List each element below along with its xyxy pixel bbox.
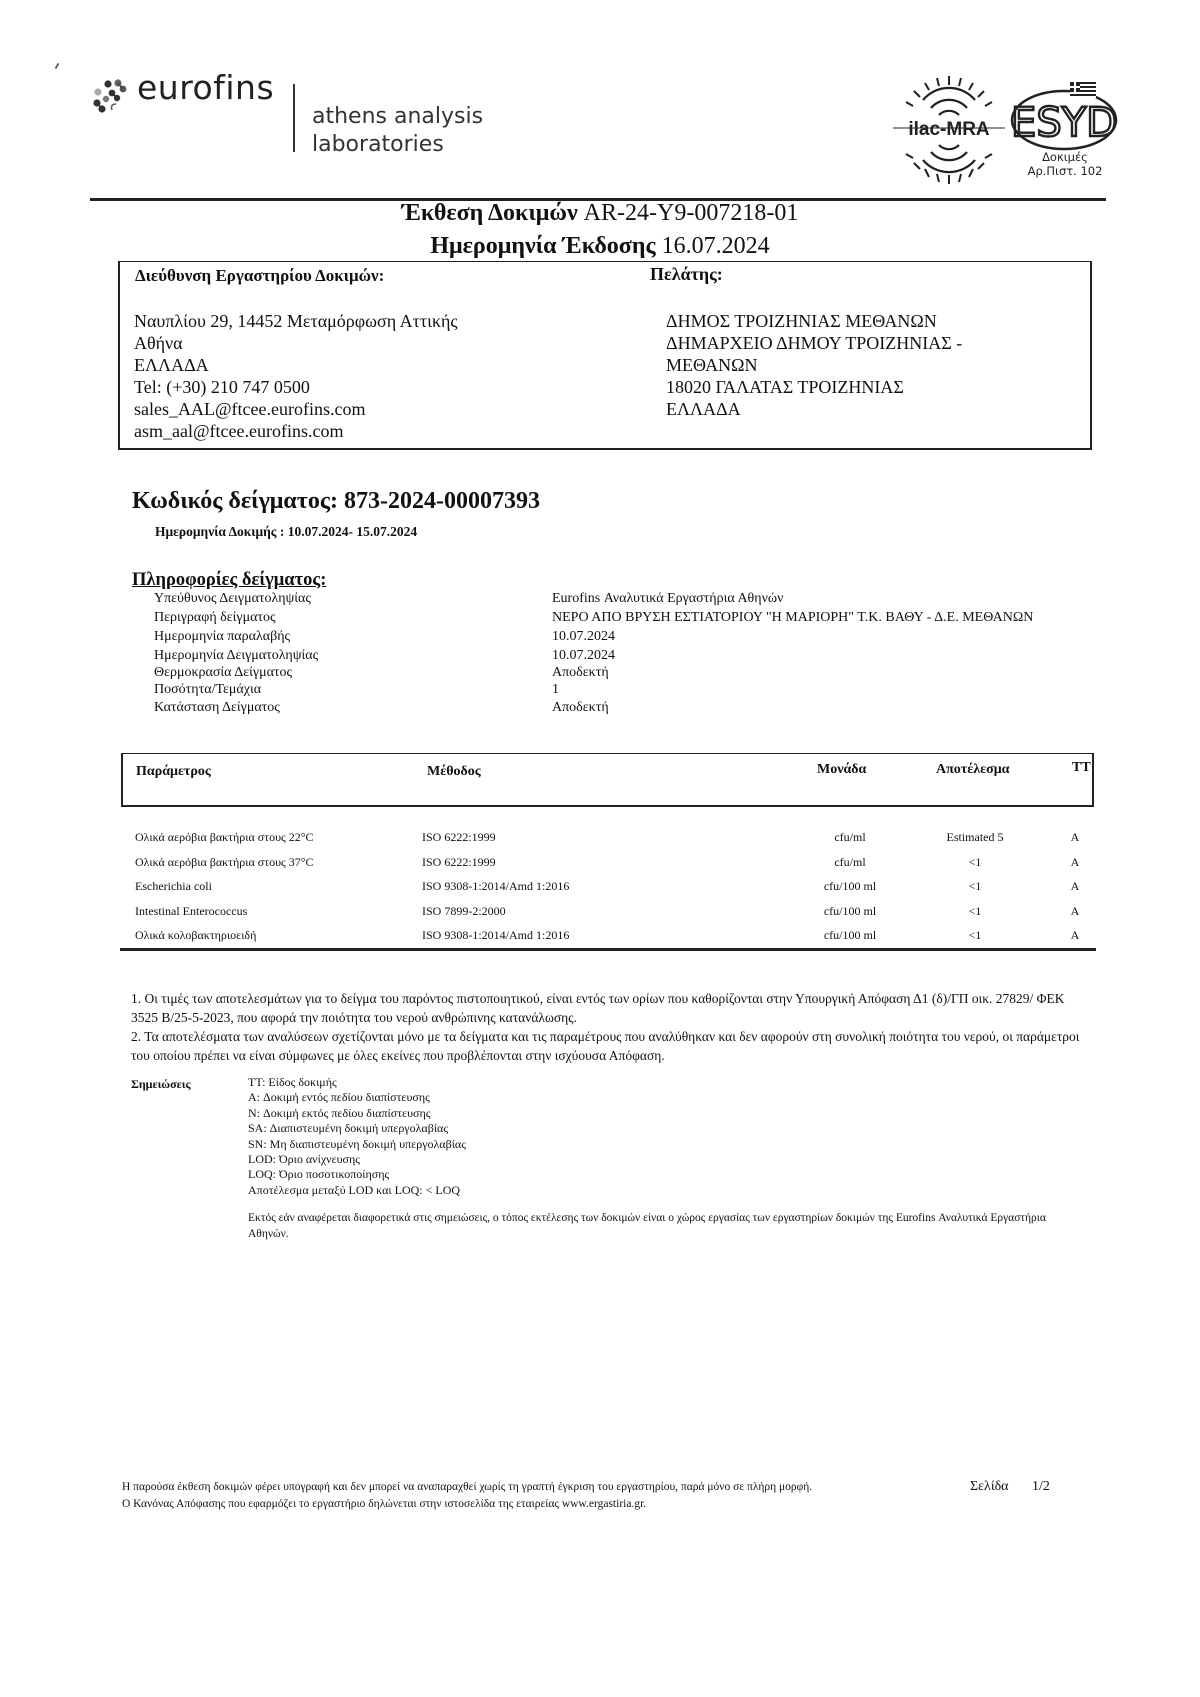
lab-address: Ναυπλίου 29, 14452 Μεταμόρφωση Αττικής Α… [134, 310, 458, 442]
remark-item: LOD: Όριο ανίχνευσης [248, 1152, 466, 1167]
sample-info-label: Ποσότητα/Τεμάχια [154, 681, 318, 698]
issue-date: Ημερομηνία Έκδοσης 16.07.2024 [0, 233, 1200, 260]
test-date: Ημερομηνία Δοκιμής : 10.07.2024- 15.07.2… [155, 524, 417, 540]
logo-divider [293, 84, 295, 152]
remarks-list: TT: Είδος δοκιμής A: Δοκιμή εντός πεδίου… [248, 1075, 466, 1198]
test-date-value: 10.07.2024- 15.07.2024 [288, 524, 417, 539]
column-header-tt: TT [1072, 760, 1091, 776]
brand-subtitle-line-1: athens analysis [312, 103, 483, 131]
sample-info-value: Αποδεκτή [552, 665, 1033, 681]
lab-address-heading: Διεύθυνση Εργαστηρίου Δοκιμών: [135, 266, 384, 286]
sample-info-label: Ημερομηνία Δειγματοληψίας [154, 646, 318, 665]
cell-unit: cfu/ml [790, 825, 910, 850]
remark-item: Αποτέλεσμα μεταξύ LOD και LOQ: < LOQ [248, 1183, 466, 1198]
lab-phone: Tel: (+30) 210 747 0500 [134, 376, 458, 398]
page-number: 1/2 [1032, 1479, 1050, 1495]
cell-result: <1 [915, 850, 1035, 875]
footer-text: Η παρούσα έκθεση δοκιμών φέρει υπογραφή … [122, 1479, 812, 1513]
cell-unit: cfu/100 ml [790, 874, 910, 899]
table-row: Ολικά αερόβια βακτήρια στους 22°CISO 622… [0, 825, 1200, 850]
footer-line-1: Η παρούσα έκθεση δοκιμών φέρει υπογραφή … [122, 1479, 812, 1496]
client-address-line: ΕΛΛΑΔΑ [666, 398, 962, 420]
client-address-line: 18020 ΓΑΛΑΤΑΣ ΤΡΟΙΖΗΝΙΑΣ [666, 376, 962, 398]
eurofins-logo-icon [90, 78, 130, 114]
cell-result: <1 [915, 899, 1035, 924]
ilac-label: ilac-MRA [908, 119, 990, 140]
column-header-method: Μέθοδος [427, 764, 481, 780]
cell-result: <1 [915, 923, 1035, 948]
remark-item: A: Δοκιμή εντός πεδίου διαπίστευσης [248, 1090, 466, 1105]
sample-code: Κωδικός δείγματος: 873-2024-00007393 [132, 488, 540, 515]
table-row: Ολικά αερόβια βακτήρια στους 37°CISO 622… [0, 850, 1200, 875]
sample-info-value: 1 [552, 681, 1033, 698]
client-address-line: ΔΗΜΑΡΧΕΙΟ ΔΗΜΟΥ ΤΡΟΙΖΗΝΙΑΣ - [666, 332, 962, 354]
lab-email-sales[interactable]: sales_AAL@ftcee.eurofins.com [134, 398, 458, 420]
report-title-prefix: Έκθεση Δοκιμών [402, 200, 578, 226]
report-notes: 1. Οι τιμές των αποτελεσμάτων για το δεί… [131, 989, 1091, 1065]
cell-parameter: Intestinal Enterococcus [135, 899, 247, 924]
sample-info-label: Κατάσταση Δείγματος [154, 698, 318, 717]
cell-unit: cfu/100 ml [790, 899, 910, 924]
sample-info-label: Ημερομηνία παραλαβής [154, 627, 318, 646]
cell-parameter: Ολικά αερόβια βακτήρια στους 37°C [135, 850, 314, 875]
esyd-label: ESYD [1011, 100, 1117, 146]
note-1: 1. Οι τιμές των αποτελεσμάτων για το δεί… [131, 989, 1091, 1027]
cell-parameter: Ολικά κολοβακτηριοειδή [135, 923, 256, 948]
issue-date-value: 16.07.2024 [662, 233, 770, 259]
cell-method: ISO 7899-2:2000 [422, 899, 506, 924]
lab-address-line: Αθήνα [134, 332, 458, 354]
client-heading: Πελάτης: [650, 264, 723, 285]
sample-info-values: Eurofins Αναλυτικά Εργαστήρια Αθηνών ΝΕΡ… [552, 589, 1033, 717]
brand-name: eurofins [137, 68, 274, 107]
test-date-label: Ημερομηνία Δοκιμής : [155, 524, 284, 539]
remark-item: SN: Μη διαπιστευμένη δοκιμή υπεργολαβίας [248, 1137, 466, 1152]
sample-info-value: ΝΕΡΟ ΑΠΟ ΒΡΥΣΗ ΕΣΤΙΑΤΟΡΙΟΥ "Η ΜΑΡΙΟΡΗ" Τ… [552, 608, 1033, 627]
results-table-bottom-rule [120, 948, 1096, 951]
sample-info-labels: Υπεύθυνος Δειγματοληψίας Περιγραφή δείγμ… [154, 589, 318, 717]
scan-artifact [55, 63, 60, 69]
sample-info-value: 10.07.2024 [552, 627, 1033, 646]
remark-item: LOQ: Όριο ποσοτικοποίησης [248, 1167, 466, 1182]
lab-email-asm[interactable]: asm_aal@ftcee.eurofins.com [134, 420, 458, 442]
report-id: AR-24-Y9-007218-01 [584, 200, 799, 226]
esyd-caption-line-2: Αρ.Πιστ. 102 [1000, 164, 1130, 178]
remark-item: TT: Είδος δοκιμής [248, 1075, 466, 1090]
location-note: Εκτός εάν αναφέρεται διαφορετικά στις ση… [248, 1210, 1078, 1242]
cell-tt: A [1060, 825, 1090, 850]
client-address: ΔΗΜΟΣ ΤΡΟΙΖΗΝΙΑΣ ΜΕΘΑΝΩΝ ΔΗΜΑΡΧΕΙΟ ΔΗΜΟΥ… [666, 310, 962, 420]
cell-method: ISO 6222:1999 [422, 850, 496, 875]
cell-result: <1 [915, 874, 1035, 899]
sample-info-value: 10.07.2024 [552, 646, 1033, 665]
cell-parameter: Escherichia coli [135, 874, 212, 899]
table-row: Intestinal EnterococcusISO 7899-2:2000cf… [0, 899, 1200, 924]
cell-method: ISO 9308-1:2014/Amd 1:2016 [422, 923, 569, 948]
footer-line-2: Ο Κανόνας Απόφασης που εφαρμόζει το εργα… [122, 1496, 812, 1513]
sample-info-value: Eurofins Αναλυτικά Εργαστήρια Αθηνών [552, 589, 1033, 608]
report-title: Έκθεση Δοκιμών AR-24-Y9-007218-01 [0, 200, 1200, 227]
remark-item: SA: Διαπιστευμένη δοκιμή υπεργολαβίας [248, 1121, 466, 1136]
client-address-line: ΜΕΘΑΝΩΝ [666, 354, 962, 376]
cell-parameter: Ολικά αερόβια βακτήρια στους 22°C [135, 825, 314, 850]
cell-result: Estimated 5 [915, 825, 1035, 850]
sample-info-label: Περιγραφή δείγματος [154, 608, 318, 627]
column-header-unit: Μονάδα [817, 762, 866, 778]
lab-address-line: Ναυπλίου 29, 14452 Μεταμόρφωση Αττικής [134, 310, 458, 332]
page-label: Σελίδα [970, 1479, 1009, 1495]
table-row: Ολικά κολοβακτηριοειδήISO 9308-1:2014/Am… [0, 923, 1200, 948]
cell-tt: A [1060, 850, 1090, 875]
esyd-caption: Δοκιμές Αρ.Πιστ. 102 [1000, 150, 1130, 178]
cell-tt: A [1060, 923, 1090, 948]
column-header-parameter: Παράμετρος [136, 764, 211, 780]
sample-code-label: Κωδικός δείγματος: [132, 488, 338, 514]
client-address-line: ΔΗΜΟΣ ΤΡΟΙΖΗΝΙΑΣ ΜΕΘΑΝΩΝ [666, 310, 962, 332]
esyd-caption-line-1: Δοκιμές [1000, 150, 1130, 164]
note-2: 2. Τα αποτελέσματα των αναλύσεων σχετίζο… [131, 1027, 1091, 1065]
sample-info-label: Υπεύθυνος Δειγματοληψίας [154, 589, 318, 608]
remark-item: N: Δοκιμή εκτός πεδίου διαπίστευσης [248, 1106, 466, 1121]
column-header-result: Αποτέλεσμα [936, 762, 1009, 778]
sample-info-label: Θερμοκρασία Δείγματος [154, 665, 318, 681]
table-row: Escherichia coliISO 9308-1:2014/Amd 1:20… [0, 874, 1200, 899]
remarks-heading: Σημειώσεις [131, 1077, 191, 1092]
ilac-mra-badge-icon: ilac-MRA [893, 74, 1005, 186]
sample-info-value: Αποδεκτή [552, 698, 1033, 717]
issue-date-label: Ημερομηνία Έκδοσης [430, 233, 655, 259]
brand-subtitle-line-2: laboratories [312, 131, 483, 159]
cell-unit: cfu/ml [790, 850, 910, 875]
cell-method: ISO 9308-1:2014/Amd 1:2016 [422, 874, 569, 899]
cell-tt: A [1060, 874, 1090, 899]
cell-unit: cfu/100 ml [790, 923, 910, 948]
greek-flag-icon [1070, 82, 1096, 98]
lab-address-line: ΕΛΛΑΔΑ [134, 354, 458, 376]
cell-tt: A [1060, 899, 1090, 924]
brand-subtitle: athens analysis laboratories [312, 103, 483, 159]
esyd-badge-icon: ESYD [1009, 82, 1119, 152]
sample-code-value: 873-2024-00007393 [344, 488, 540, 514]
cell-method: ISO 6222:1999 [422, 825, 496, 850]
results-table-body: Ολικά αερόβια βακτήρια στους 22°CISO 622… [0, 825, 1200, 948]
sample-info-heading: Πληροφορίες δείγματος: [132, 570, 326, 591]
